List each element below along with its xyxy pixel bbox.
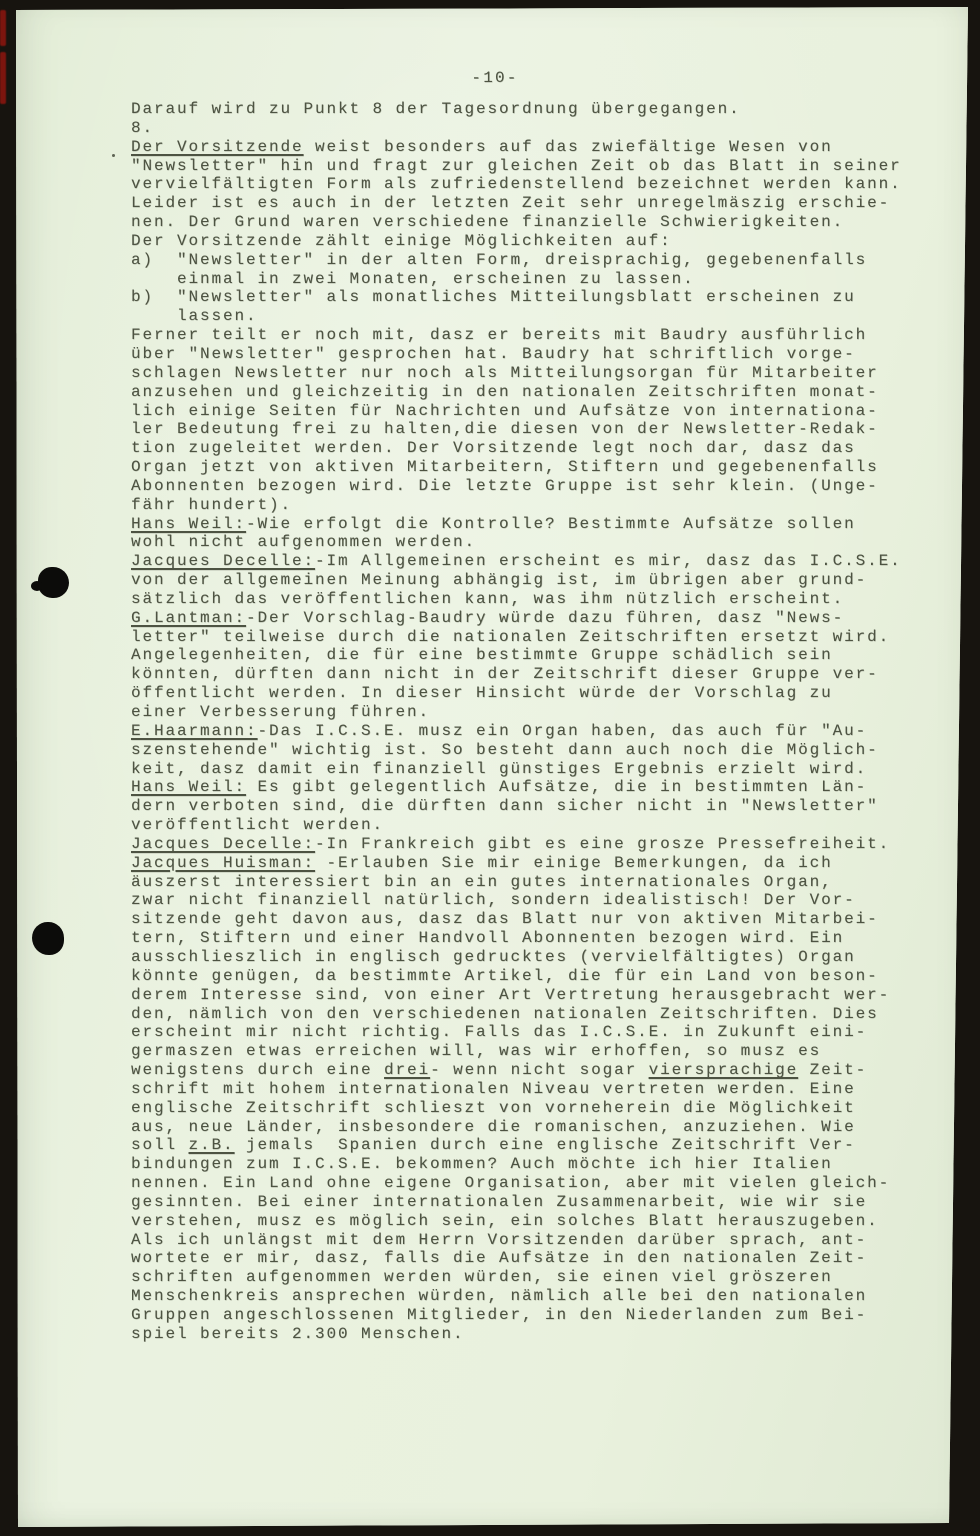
text-line: tern, Stiftern und einer Handvoll Abonne… (131, 929, 931, 948)
text-line: zwar nicht finanziell natürlich, sondern… (131, 891, 931, 910)
text-line: einmal in zwei Monaten, erscheinen zu la… (131, 270, 931, 289)
text-line: veröffentlicht werden. (131, 816, 931, 835)
text-line: wenigstens durch eine drei- wenn nicht s… (131, 1061, 931, 1080)
page-number: -10- (131, 69, 859, 87)
document-text: Darauf wird zu Punkt 8 der Tagesordnung … (131, 100, 931, 1344)
scanned-page-photo: -10- Darauf wird zu Punkt 8 der Tagesord… (0, 0, 980, 1536)
text-line: sitzende geht davon aus, dasz das Blatt … (131, 910, 931, 929)
text-line: Ferner teilt er noch mit, dasz er bereit… (131, 326, 931, 345)
text-line: könnte genügen, da bestimmte Artikel, di… (131, 967, 931, 986)
text-line: Hans Weil:-Wie erfolgt die Kontrolle? Be… (131, 515, 931, 534)
text-line: Hans Weil: Es gibt gelegentlich Aufsätze… (131, 778, 931, 797)
punch-hole-lower (32, 922, 64, 955)
text-line: vervielfältigten Form als zufriedenstell… (131, 175, 931, 194)
text-line: soll z.B. jemals Spanien durch eine engl… (131, 1136, 931, 1155)
punch-hole-upper (38, 567, 69, 598)
text-line: G.Lantman:-Der Vorschlag-Baudry würde da… (131, 609, 931, 628)
ink-dot-artifact (112, 154, 115, 157)
text-line: gesinnten. Bei einer internationalen Zus… (131, 1193, 931, 1212)
text-line: öffentlicht werden. In dieser Hinsicht w… (131, 684, 931, 703)
text-line: schlagen Newsletter nur noch als Mitteil… (131, 364, 931, 383)
text-line: E.Haarmann:-Das I.C.S.E. musz ein Organ … (131, 722, 931, 741)
text-line: anzusehen und gleichzeitig in den nation… (131, 383, 931, 402)
text-line: wohl nicht aufgenommen werden. (131, 533, 931, 552)
text-line: englische Zeitschrift schlieszt von vorn… (131, 1099, 931, 1118)
text-line: szenstehende" wichtig ist. So besteht da… (131, 741, 931, 760)
text-line: Jacques Decelle:-Im Allgemeinen erschein… (131, 552, 931, 571)
text-line: a) "Newsletter" in der alten Form, dreis… (131, 251, 931, 270)
text-line: erscheint mir nicht richtig. Falls das I… (131, 1023, 931, 1042)
text-line: schriften aufgenommen werden würden, sie… (131, 1268, 931, 1287)
text-line: aus, neue Länder, insbesondere die roman… (131, 1118, 931, 1137)
text-line: letter" teilweise durch die nationalen Z… (131, 628, 931, 647)
text-line: Angelegenheiten, die für eine bestimmte … (131, 646, 931, 665)
text-line: Leider ist es auch in der letzten Zeit s… (131, 194, 931, 213)
text-line: b) "Newsletter" als monatliches Mitteilu… (131, 288, 931, 307)
text-line: lassen. (131, 307, 931, 326)
red-binding-mark (0, 52, 6, 104)
text-line: fähr hundert). (131, 496, 931, 515)
text-line: bindungen zum I.C.S.E. bekommen? Auch mö… (131, 1155, 931, 1174)
text-line: Der Vorsitzende zählt einige Möglichkeit… (131, 232, 931, 251)
text-line: spiel bereits 2.300 Menschen. (131, 1325, 931, 1344)
text-line: Jacques Decelle:-In Frankreich gibt es e… (131, 835, 931, 854)
text-line: über "Newsletter" gesprochen hat. Baudry… (131, 345, 931, 364)
text-line: den, nämlich von den verschiedenen natio… (131, 1005, 931, 1024)
text-line: äuszerst interessiert bin an ein gutes i… (131, 873, 931, 892)
text-line: dern verboten sind, die dürften dann sic… (131, 797, 931, 816)
text-line: derem Interesse sind, von einer Art Vert… (131, 986, 931, 1005)
text-line: Jacques Huisman: -Erlauben Sie mir einig… (131, 854, 931, 873)
text-line: sätzlich das veröffentlichen kann, was i… (131, 590, 931, 609)
text-line: von der allgemeinen Meinung abhängig ist… (131, 571, 931, 590)
text-line: Gruppen angeschlossenen Mitglieder, in d… (131, 1306, 931, 1325)
document-page: -10- Darauf wird zu Punkt 8 der Tagesord… (0, 0, 980, 1536)
text-line: tion zugeleitet werden. Der Vorsitzende … (131, 439, 931, 458)
text-line: keit, dasz damit ein finanziell günstige… (131, 760, 931, 779)
text-line: Der Vorsitzende weist besonders auf das … (131, 138, 931, 157)
text-line: 8. (131, 119, 931, 138)
text-line: lich einige Seiten für Nachrichten und A… (131, 402, 931, 421)
text-line: Menschenkreis ansprechen würden, nämlich… (131, 1287, 931, 1306)
text-line: wortete er mir, dasz, falls die Aufsätze… (131, 1249, 931, 1268)
text-line: Darauf wird zu Punkt 8 der Tagesordnung … (131, 100, 931, 119)
text-line: nennen. Ein Land ohne eigene Organisatio… (131, 1174, 931, 1193)
text-line: verstehen, musz es möglich sein, ein sol… (131, 1212, 931, 1231)
text-line: ler Bedeutung frei zu halten,die diesen … (131, 420, 931, 439)
red-binding-mark (0, 10, 6, 46)
text-line: "Newsletter" hin und fragt zur gleichen … (131, 157, 931, 176)
text-line: einer Verbesserung führen. (131, 703, 931, 722)
text-line: Als ich unlängst mit dem Herrn Vorsitzen… (131, 1231, 931, 1250)
text-line: Organ jetzt von aktiven Mitarbeitern, St… (131, 458, 931, 477)
text-line: nen. Der Grund waren verschiedene finanz… (131, 213, 931, 232)
text-line: könnten, dürften dann nicht in der Zeits… (131, 665, 931, 684)
text-line: germaszen etwas erreichen will, was wir … (131, 1042, 931, 1061)
text-line: Abonnenten bezogen wird. Die letzte Grup… (131, 477, 931, 496)
text-line: schrift mit hohem internationalen Niveau… (131, 1080, 931, 1099)
text-line: ausschlieszlich in englisch gedrucktes (… (131, 948, 931, 967)
